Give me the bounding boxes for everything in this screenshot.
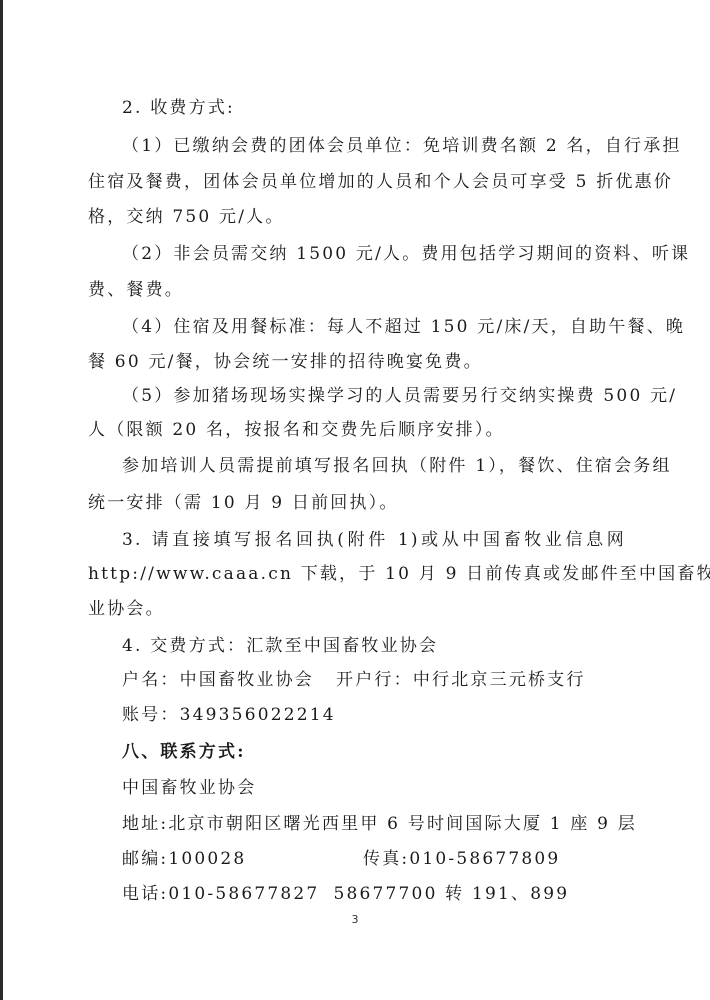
contact-organization: 中国畜牧业协会 [122,770,662,806]
account-number-label: 账号： [122,705,180,725]
fee-item-2-line-1: （2）非会员需交纳 1500 元/人。费用包括学习期间的资料、听课 [122,236,626,272]
account-number-line: 账号：349356022214 [122,697,662,733]
fee-item-1-line-3: 格，交纳 750 元/人。 [88,199,628,235]
bank-account-line: 户名：中国畜牧业协会开户行：中行北京三元桥支行 [122,662,662,698]
registration-note-line-1: 参加培训人员需提前填写报名回执（附件 1），餐饮、住宿会务组 [122,448,626,484]
account-name-label: 户名： [122,670,180,690]
phone-label: 电话: [122,884,168,904]
contact-postcode-fax-line: 邮编:100028传真:010-58677809 [122,841,662,877]
fee-item-4-line-1: （4）住宿及用餐标准：每人不超过 150 元/床/天，自助午餐、晚 [122,309,626,345]
contact-address-line: 地址:北京市朝阳区曙光西里甲 6 号时间国际大厦 1 座 9 层 [122,806,662,842]
section-4-heading: 4. 交费方式：汇款至中国畜牧业协会 [122,628,662,664]
fax: 010-58677809 [409,849,560,869]
page-number: 3 [349,913,361,926]
section-3-line-1: 3. 请直接填写报名回执(附件 1)或从中国畜牧业信息网 [122,522,626,558]
fee-item-5-line-2: 人（限额 20 名，按报名和交费先后顺序安排）。 [88,412,628,448]
postcode-label: 邮编: [122,849,168,869]
fee-item-1-line-2: 住宿及餐费，团体会员单位增加的人员和个人会员可享受 5 折优惠价 [88,164,626,200]
document-page: 2. 收费方式: （1）已缴纳会费的团体会员单位：免培训费名额 2 名，自行承担… [0,0,710,1000]
contact-phone-line: 电话:010-5867782758677700 转 191、899 [122,876,662,912]
account-number: 349356022214 [180,705,336,725]
section-3-line-2: http://www.caaa.cn 下载，于 10 月 9 日前传真或发邮件至… [88,556,626,592]
fee-item-4-line-2: 餐 60 元/餐，协会统一安排的招待晚宴免费。 [88,344,628,380]
fax-label: 传真: [363,849,409,869]
section-2-heading: 2. 收费方式: [122,90,662,126]
account-name: 中国畜牧业协会 [180,670,314,690]
section-8-heading: 八、联系方式: [122,734,662,770]
phone-2: 58677700 转 191、899 [333,884,569,904]
fee-item-5-line-1: （5）参加猪场现场实操学习的人员需要另行交纳实操费 500 元/ [122,378,626,414]
fee-item-2-line-2: 费、餐费。 [88,272,628,308]
section-3-line-3: 业协会。 [88,591,628,627]
postcode: 100028 [168,849,246,869]
fee-item-1-line-1: （1）已缴纳会费的团体会员单位：免培训费名额 2 名，自行承担 [122,128,626,164]
postcode-group: 邮编:100028 [122,841,363,877]
bank-name: 中行北京三元桥支行 [413,670,586,690]
address: 北京市朝阳区曙光西里甲 6 号时间国际大厦 1 座 9 层 [168,814,637,834]
registration-note-line-2: 统一安排（需 10 月 9 日前回执）。 [88,485,628,521]
bank-label: 开户行： [336,670,413,690]
phone-1: 010-58677827 [168,884,319,904]
address-label: 地址: [122,814,168,834]
